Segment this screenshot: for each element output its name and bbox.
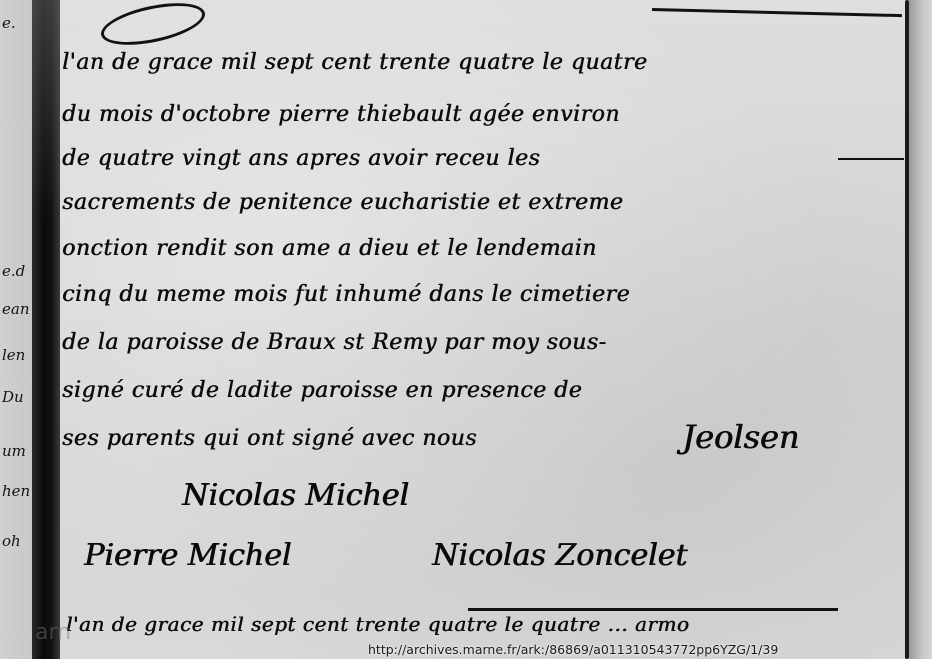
register-line-8: signé curé de ladite paroisse en presenc… <box>62 378 582 403</box>
register-line-6: cinq du meme mois fut inhumé dans le cim… <box>62 282 630 307</box>
manuscript-page: e. e.d ean len Du um hen oh l'an de grac… <box>0 0 932 659</box>
signature-nicolas-michel: Nicolas Michel <box>182 478 409 513</box>
margin-fragment: um <box>2 442 26 460</box>
entry-separator-rule <box>468 608 838 611</box>
left-page-edge <box>0 0 32 659</box>
register-line-5: onction rendit son ame a dieu et le lend… <box>62 236 597 261</box>
signature-nicolas-zoncelet: Nicolas Zoncelet <box>432 538 687 573</box>
register-line-7: de la paroisse de Braux st Remy par moy … <box>62 330 606 355</box>
register-line-9: ses parents qui ont signé avec nous <box>62 426 477 451</box>
register-line-3: de quatre vingt ans apres avoir receu le… <box>62 146 540 171</box>
archive-url-watermark: http://archives.marne.fr/ark:/86869/a011… <box>368 642 778 657</box>
right-margin-line <box>905 0 909 659</box>
register-line-2: du mois d'octobre pierre thiebault agée … <box>62 102 620 127</box>
binding-shading <box>32 0 60 220</box>
margin-fragment: e.d <box>2 262 25 280</box>
line-end-dash <box>838 158 904 160</box>
priest-signature: Jeolsen <box>682 418 799 456</box>
faint-watermark: arn <box>35 620 71 645</box>
margin-fragment: oh <box>2 532 21 550</box>
top-flourish-icon <box>97 0 208 53</box>
signature-pierre-michel: Pierre Michel <box>84 538 291 573</box>
register-line-1: l'an de grace mil sept cent trente quatr… <box>62 50 647 75</box>
margin-fragment: Du <box>2 388 24 406</box>
margin-fragment: hen <box>2 482 30 500</box>
margin-fragment: ean <box>2 300 29 318</box>
top-separator-rule <box>652 8 902 17</box>
margin-fragment: len <box>2 346 25 364</box>
margin-fragment: e. <box>2 14 16 32</box>
next-entry-line: l'an de grace mil sept cent trente quatr… <box>66 612 689 636</box>
right-page-shadow <box>909 0 932 659</box>
register-line-4: sacrements de penitence eucharistie et e… <box>62 190 623 215</box>
